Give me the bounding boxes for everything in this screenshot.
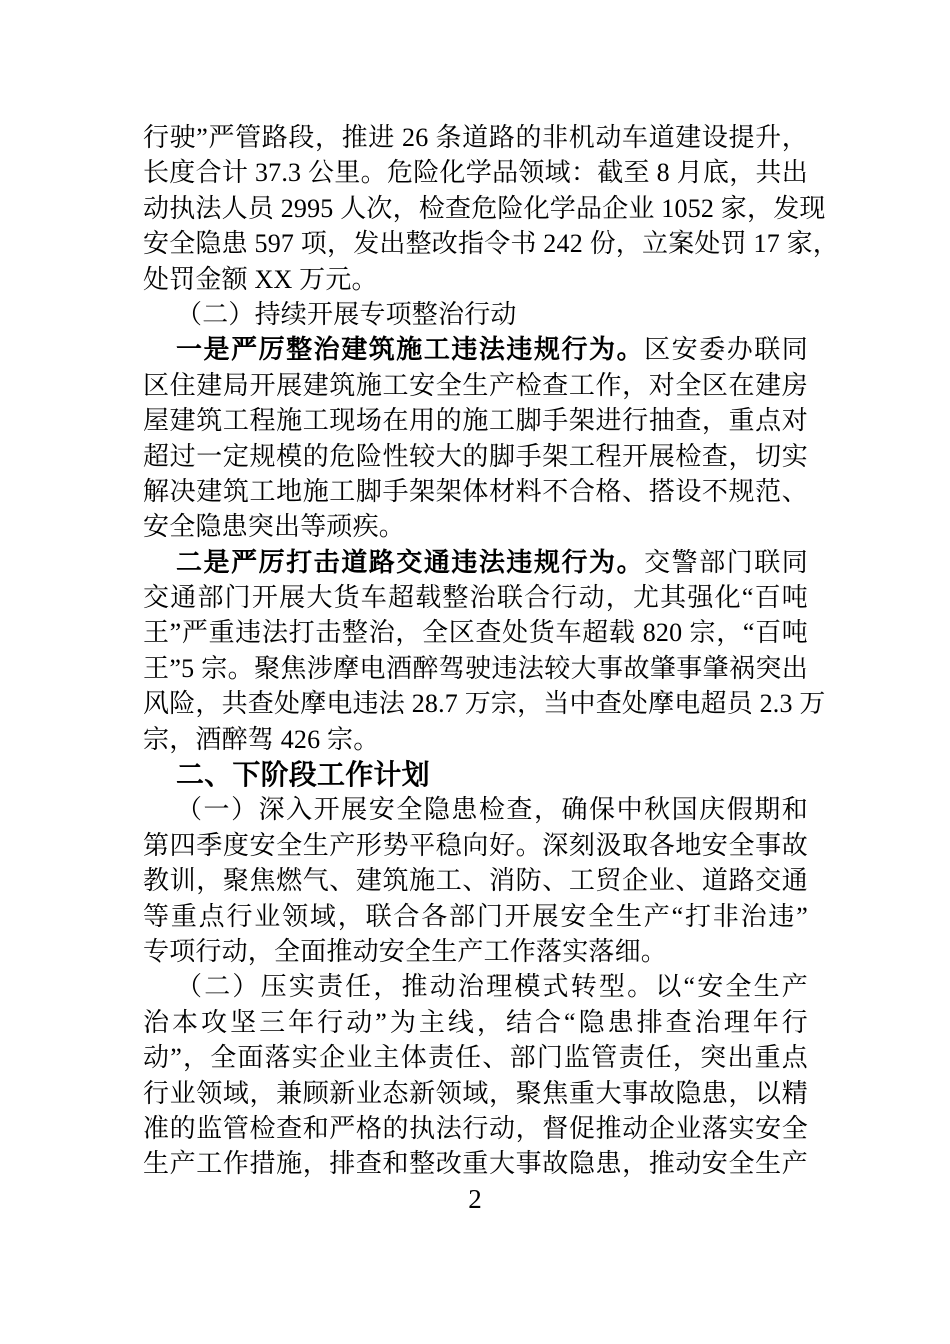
- body-text: 行驶”严管路段，推进 26 条道路的非机动车道建设提升，: [143, 123, 808, 152]
- body-text: 专项行动，全面推动安全生产工作落实落细。: [143, 937, 667, 966]
- body-text: 区安委办联同: [644, 335, 808, 364]
- body-text: 安全隐患突出等顽疾。: [143, 512, 405, 541]
- text-line: 生产工作措施，排查和整改重大事故隐患，推动安全生产: [143, 1146, 808, 1181]
- body-text: 安全隐患 597 项，发出整改指令书 242 份，立案处罚 17 家，: [143, 229, 839, 258]
- text-line: 动”，全面落实企业主体责任、部门监管责任，突出重点: [143, 1040, 808, 1075]
- body-text: 区住建局开展建筑施工安全生产检查工作，对全区在建房: [143, 371, 808, 400]
- body-text: （二）持续开展专项整治行动: [176, 300, 517, 329]
- body-text: 王”5 宗。聚焦涉摩电酒醉驾驶违法较大事故肇事肇祸突出: [143, 654, 808, 683]
- body-text: 动执法人员 2995 人次，检查危险化学品企业 1052 家，发现: [143, 194, 826, 223]
- text-line: 二是严厉打击道路交通违法违规行为。交警部门联同: [143, 545, 808, 580]
- body-text: 二、下阶段工作计划: [176, 759, 430, 790]
- body-text: 超过一定规模的危险性较大的脚手架工程开展检查，切实: [143, 442, 808, 471]
- body-text: 行业领域，兼顾新业态新领域，聚焦重大事故隐患，以精: [143, 1079, 808, 1108]
- body-text: 治本攻坚三年行动”为主线，结合“隐患排查治理年行: [143, 1008, 808, 1037]
- document-body: 行驶”严管路段，推进 26 条道路的非机动车道建设提升，长度合计 37.3 公里…: [143, 120, 808, 1182]
- text-line: 动执法人员 2995 人次，检查危险化学品企业 1052 家，发现: [143, 191, 808, 226]
- page-background: 行驶”严管路段，推进 26 条道路的非机动车道建设提升，长度合计 37.3 公里…: [0, 0, 950, 1344]
- body-text: 长度合计 37.3 公里。危险化学品领域：截至 8 月底，共出: [143, 158, 808, 187]
- document-page: { "colors": { "text": "#000000", "backgr…: [0, 0, 950, 1344]
- bold-lead-text: 二是严厉打击道路交通违法违规行为。: [176, 548, 644, 577]
- text-line: 等重点行业领域，联合各部门开展安全生产“打非治违”: [143, 899, 808, 934]
- text-line: （二）压实责任，推动治理模式转型。以“安全生产: [143, 969, 808, 1004]
- text-line: （二）持续开展专项整治行动: [143, 297, 808, 332]
- text-line: 超过一定规模的危险性较大的脚手架工程开展检查，切实: [143, 439, 808, 474]
- text-line: 一是严厉整治建筑施工违法违规行为。区安委办联同: [143, 332, 808, 367]
- text-line: 屋建筑工程施工现场在用的施工脚手架进行抽查，重点对: [143, 403, 808, 438]
- text-line: 专项行动，全面推动安全生产工作落实落细。: [143, 934, 808, 969]
- text-line: 处罚金额 XX 万元。: [143, 262, 808, 297]
- body-text: 屋建筑工程施工现场在用的施工脚手架进行抽查，重点对: [143, 406, 808, 435]
- text-line: 王”5 宗。聚焦涉摩电酒醉驾驶违法较大事故肇事肇祸突出: [143, 651, 808, 686]
- body-text: 交警部门联同: [644, 548, 808, 577]
- text-line: 解决建筑工地施工脚手架架体材料不合格、搭设不规范、: [143, 474, 808, 509]
- text-line: 安全隐患突出等顽疾。: [143, 509, 808, 544]
- page-number: 2: [0, 1183, 950, 1215]
- text-line: （一）深入开展安全隐患检查，确保中秋国庆假期和: [143, 792, 808, 827]
- text-line: 交通部门开展大货车超载整治联合行动，尤其强化“百吨: [143, 580, 808, 615]
- text-line: 第四季度安全生产形势平稳向好。深刻汲取各地安全事故: [143, 828, 808, 863]
- body-text: 王”严重违法打击整治，全区查处货车超载 820 宗，“百吨: [143, 618, 808, 647]
- body-text: 第四季度安全生产形势平稳向好。深刻汲取各地安全事故: [143, 831, 808, 860]
- text-line: 行业领域，兼顾新业态新领域，聚焦重大事故隐患，以精: [143, 1076, 808, 1111]
- text-line: 教训，聚焦燃气、建筑施工、消防、工贸企业、道路交通: [143, 863, 808, 898]
- body-text: 风险，共查处摩电违法 28.7 万宗，当中查处摩电超员 2.3 万: [143, 689, 826, 718]
- section-heading-line: 二、下阶段工作计划: [143, 757, 808, 792]
- body-text: 生产工作措施，排查和整改重大事故隐患，推动安全生产: [143, 1149, 808, 1178]
- body-text: （一）深入开展安全隐患检查，确保中秋国庆假期和: [176, 795, 808, 824]
- text-line: 宗，酒醉驾 426 宗。: [143, 722, 808, 757]
- text-line: 风险，共查处摩电违法 28.7 万宗，当中查处摩电超员 2.3 万: [143, 686, 808, 721]
- text-line: 王”严重违法打击整治，全区查处货车超载 820 宗，“百吨: [143, 615, 808, 650]
- text-line: 区住建局开展建筑施工安全生产检查工作，对全区在建房: [143, 368, 808, 403]
- bold-lead-text: 一是严厉整治建筑施工违法违规行为。: [176, 335, 644, 364]
- body-text: 宗，酒醉驾 426 宗。: [143, 725, 379, 754]
- body-text: 交通部门开展大货车超载整治联合行动，尤其强化“百吨: [143, 583, 808, 612]
- body-text: 教训，聚焦燃气、建筑施工、消防、工贸企业、道路交通: [143, 866, 808, 895]
- body-text: 准的监管检查和严格的执法行动，督促推动企业落实安全: [143, 1114, 808, 1143]
- body-text: 等重点行业领域，联合各部门开展安全生产“打非治违”: [143, 902, 808, 931]
- body-text: 处罚金额 XX 万元。: [143, 265, 378, 294]
- body-text: 动”，全面落实企业主体责任、部门监管责任，突出重点: [143, 1043, 808, 1072]
- body-text: 解决建筑工地施工脚手架架体材料不合格、搭设不规范、: [143, 477, 808, 506]
- text-line: 长度合计 37.3 公里。危险化学品领域：截至 8 月底，共出: [143, 155, 808, 190]
- text-line: 准的监管检查和严格的执法行动，督促推动企业落实安全: [143, 1111, 808, 1146]
- text-line: 治本攻坚三年行动”为主线，结合“隐患排查治理年行: [143, 1005, 808, 1040]
- text-line: 行驶”严管路段，推进 26 条道路的非机动车道建设提升，: [143, 120, 808, 155]
- text-line: 安全隐患 597 项，发出整改指令书 242 份，立案处罚 17 家，: [143, 226, 808, 261]
- body-text: （二）压实责任，推动治理模式转型。以“安全生产: [176, 972, 808, 1001]
